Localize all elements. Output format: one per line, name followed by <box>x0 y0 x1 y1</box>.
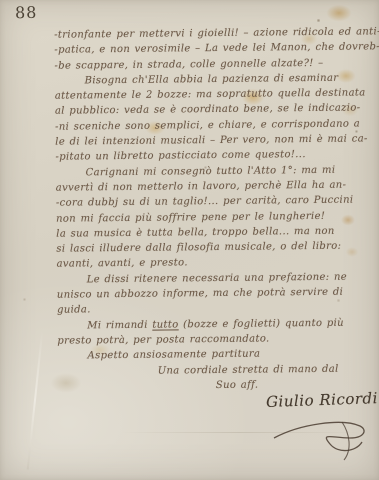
letter-page: 88 -trionfante per mettervi i gioielli! … <box>0 0 379 480</box>
letter-lines: -trionfante per mettervi i gioielli! – a… <box>54 24 378 394</box>
ink-specks <box>0 0 1 1</box>
letter-body: -trionfante per mettervi i gioielli! – a… <box>54 24 378 394</box>
signature: Giulio Ricordi <box>266 389 378 411</box>
paper-crease-vertical <box>27 330 44 469</box>
underlined-word: tutto <box>152 319 178 330</box>
page-number: 88 <box>15 3 38 22</box>
signature-flourish <box>272 416 372 464</box>
